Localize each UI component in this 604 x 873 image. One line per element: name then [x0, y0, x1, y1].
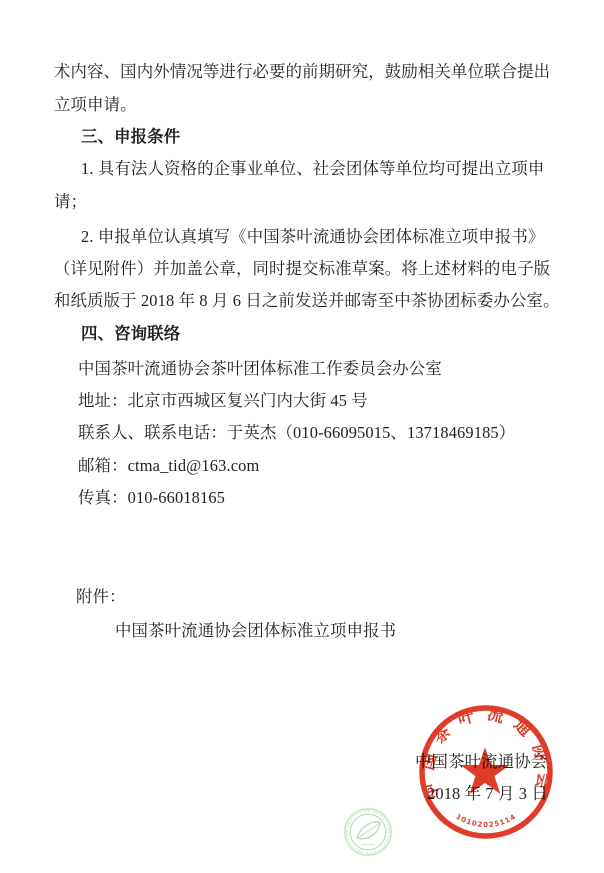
official-seal: 中国茶叶流通协会 1101020251148 — [416, 702, 556, 842]
body-line: 术内容、国内外情况等进行必要的前期研究，鼓励相关单位联合提出 — [54, 61, 550, 83]
leaf-watermark-icon — [337, 801, 399, 863]
body-line: 2. 申报单位认真填写《中国茶叶流通协会团体标准立项申报书》 — [81, 226, 544, 248]
contact-email: 邮箱：ctma_tid@163.com — [78, 455, 259, 477]
seal-star-icon — [460, 747, 509, 794]
body-line: 请； — [54, 191, 87, 213]
attachment-title: 中国茶叶流通协会团体标准立项申报书 — [115, 620, 396, 642]
section-4-heading: 四、咨询联络 — [81, 323, 180, 345]
body-line: 和纸质版于 2018 年 8 月 6 日之前发送并邮寄至中茶协团标委办公室。 — [54, 290, 560, 312]
contact-office: 中国茶叶流通协会茶叶团体标准工作委员会办公室 — [78, 358, 442, 380]
body-line: （详见附件）并加盖公章，同时提交标准草案。将上述材料的电子版 — [54, 258, 550, 280]
body-line: 立项申请。 — [54, 94, 137, 116]
section-3-heading: 三、申报条件 — [81, 126, 180, 148]
contact-fax: 传真：010-66018165 — [78, 487, 225, 509]
document-page: 术内容、国内外情况等进行必要的前期研究，鼓励相关单位联合提出 立项申请。 三、申… — [0, 0, 604, 873]
attachment-label: 附件： — [76, 586, 126, 608]
contact-address: 地址：北京市西城区复兴门内大街 45 号 — [78, 390, 368, 412]
body-line: 1. 具有法人资格的企事业单位、社会团体等单位均可提出立项申 — [81, 158, 544, 180]
contact-person-phone: 联系人、联系电话：于英杰（010-66095015、13718469185） — [78, 422, 515, 444]
